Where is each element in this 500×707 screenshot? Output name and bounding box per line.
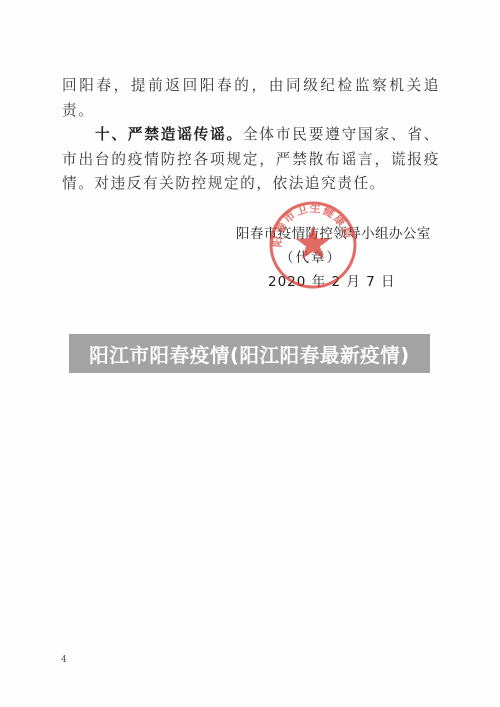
paragraph-continuation: 回阳春，提前返回阳春的，由同级纪检监察机关追责。: [62, 74, 440, 123]
paragraph-heading: 十、严禁造谣传谣。: [95, 126, 243, 143]
page-number: 4: [61, 655, 67, 665]
overlay-title: 阳江市阳春疫情(阳江阳春最新疫情): [89, 340, 410, 368]
paragraph-text: 回阳春，提前返回阳春的，由同级纪检监察机关追责。: [62, 77, 440, 119]
document-page: 回阳春，提前返回阳春的，由同级纪检监察机关追责。 十、严禁造谣传谣。全体市民要遵…: [0, 0, 500, 707]
official-seal-icon: 阳春市卫生健康局: [268, 200, 358, 290]
paragraph-rumor-ban: 十、严禁造谣传谣。全体市民要遵守国家、省、市出台的疫情防控各项规定，严禁散布谣言…: [62, 123, 440, 197]
document-body: 回阳春，提前返回阳春的，由同级纪检监察机关追责。 十、严禁造谣传谣。全体市民要遵…: [62, 74, 440, 197]
star-icon: [296, 226, 331, 259]
title-overlay-banner: 阳江市阳春疫情(阳江阳春最新疫情): [69, 334, 430, 373]
